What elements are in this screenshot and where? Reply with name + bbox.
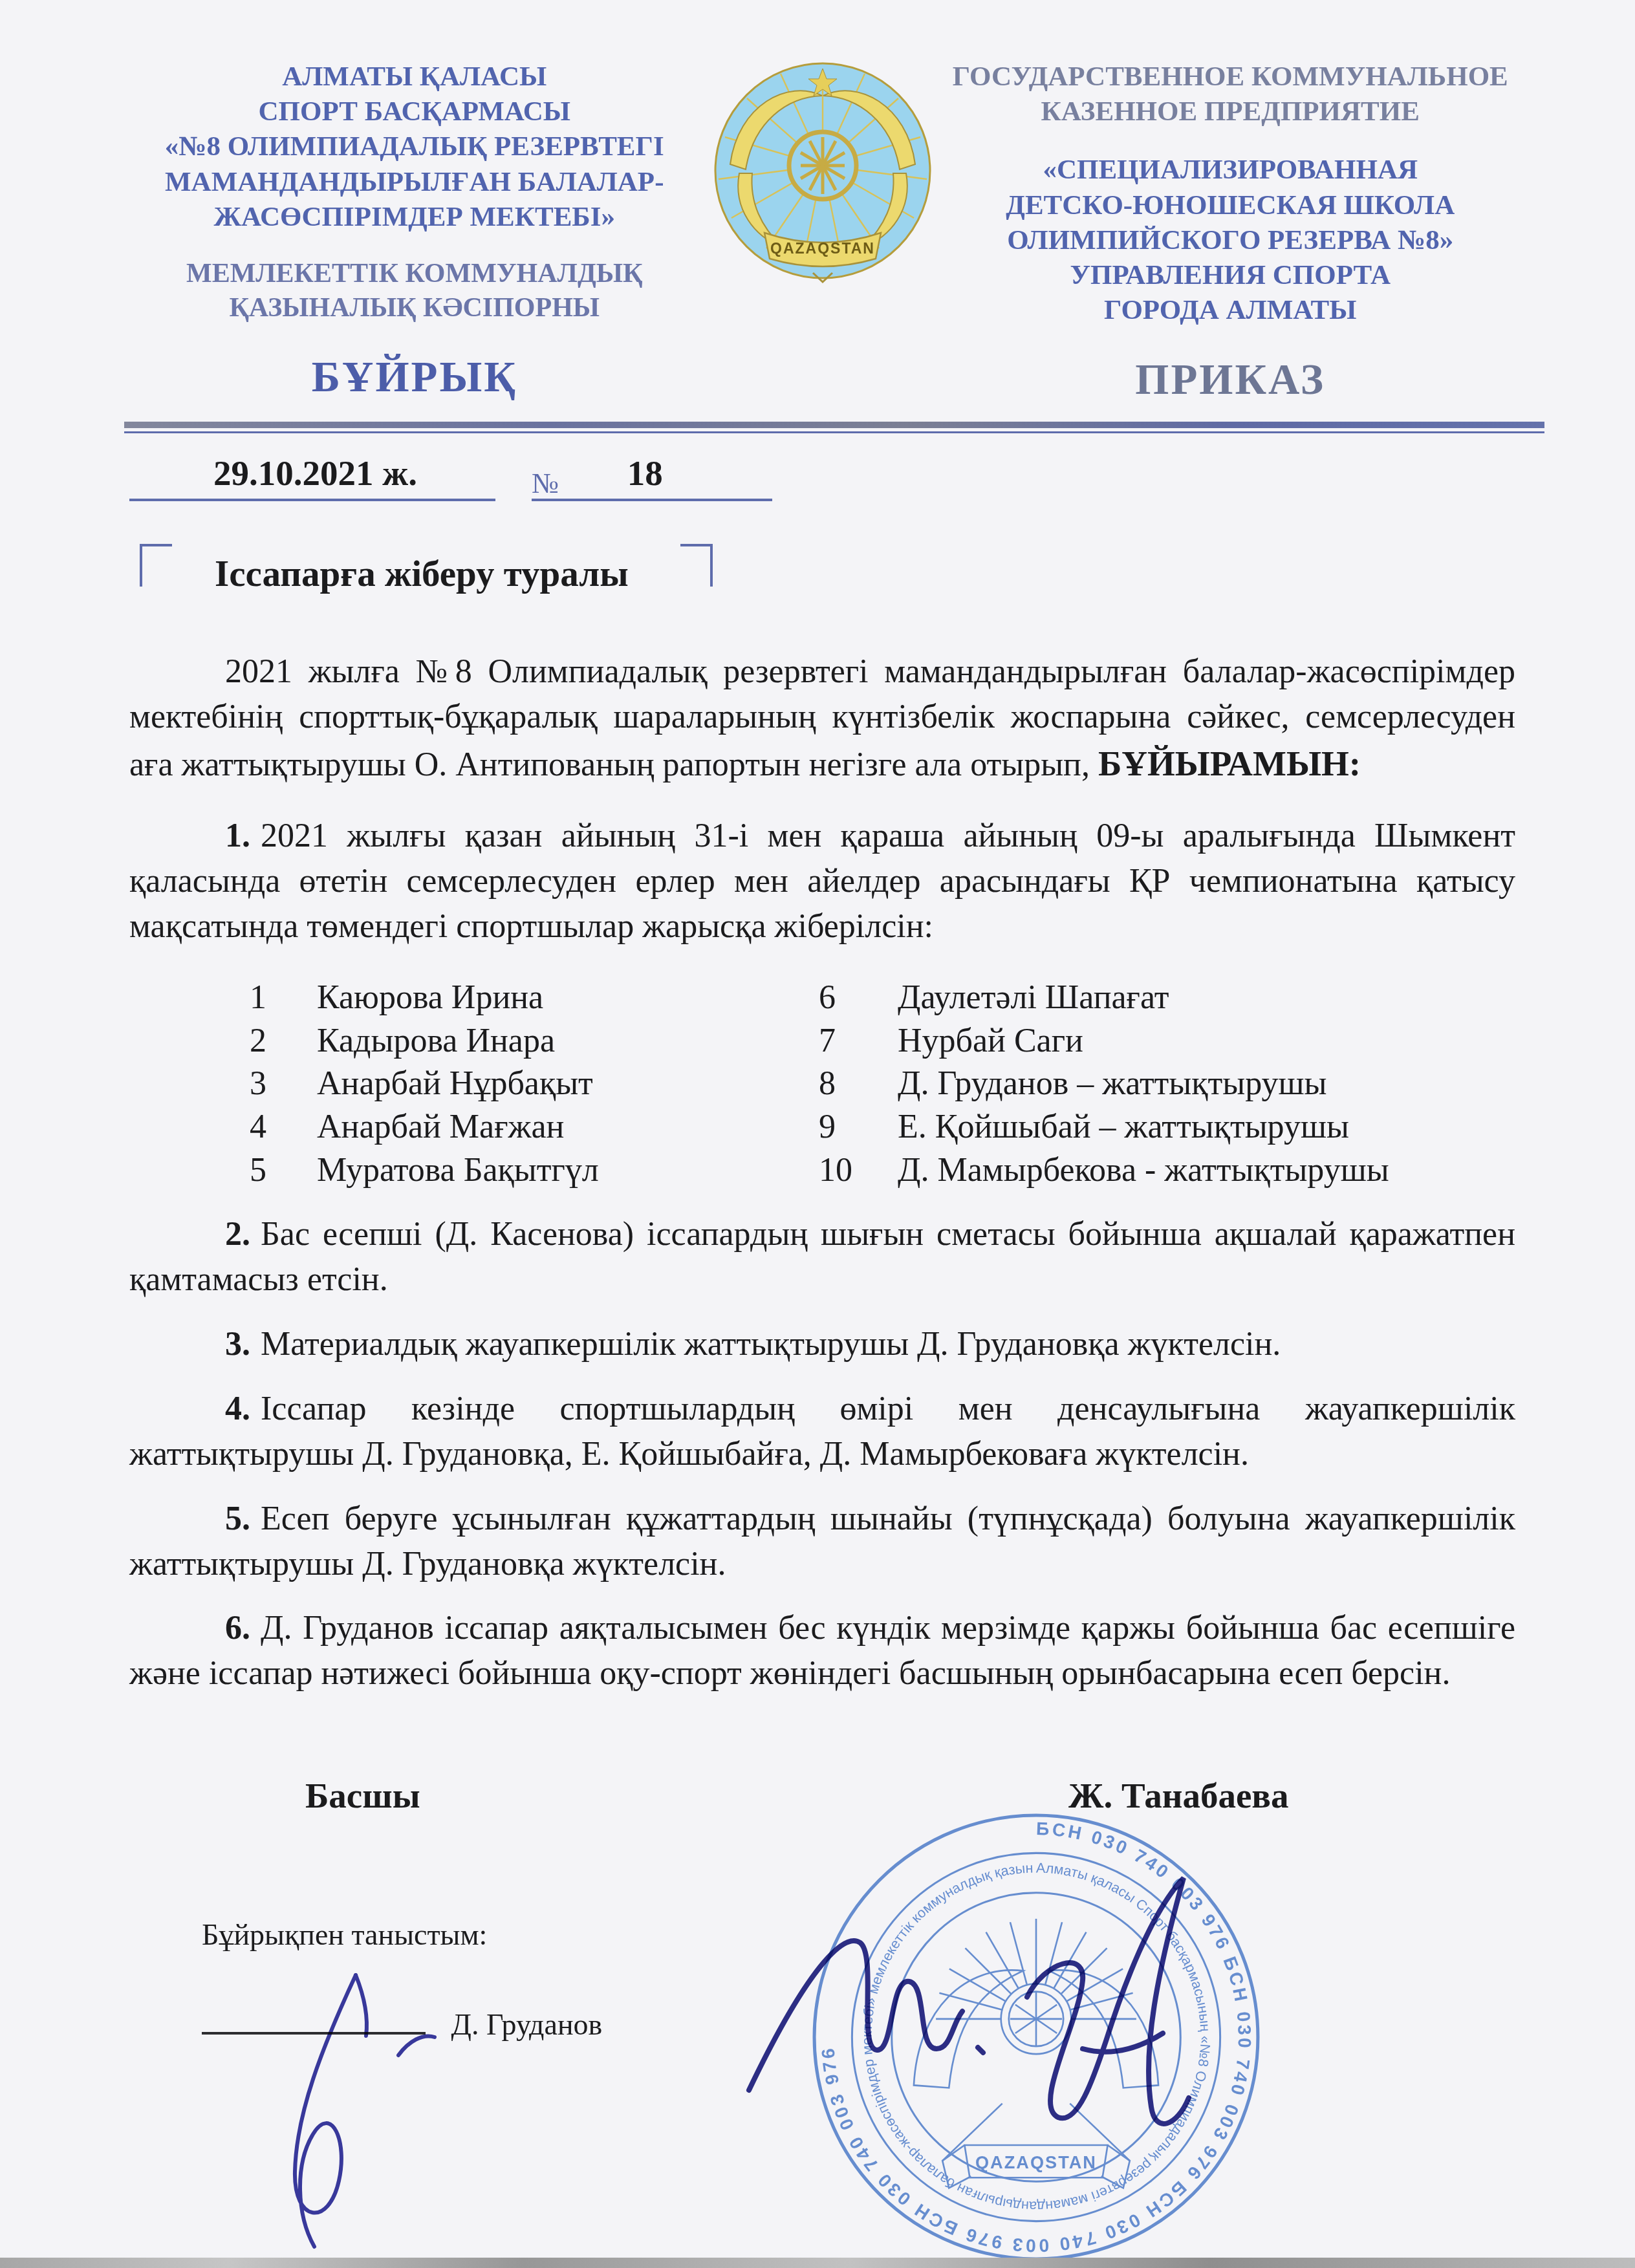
- scan-edge-artifact: [0, 2258, 1635, 2268]
- directive-number: 2.: [225, 1216, 250, 1253]
- director-signature-stroke: [723, 1834, 1217, 2186]
- athlete-name: Муратова Бақытгүл: [317, 1149, 819, 1193]
- org-name-line: УПРАВЛЕНИЯ СПОРТА: [946, 258, 1516, 293]
- athlete-number: 2: [250, 1020, 317, 1063]
- letterhead: АЛМАТЫ ҚАЛАСЫ СПОРТ БАСҚАРМАСЫ «№8 ОЛИМП…: [129, 59, 1515, 405]
- org-type-kk: МЕМЛЕКЕТТІК КОММУНАЛДЫҚ ҚАЗЫНАЛЫҚ КӘСІПО…: [129, 257, 700, 325]
- org-name-line: ЖАСӨСПІРІМДЕР МЕКТЕБІ»: [129, 200, 700, 235]
- letterhead-russian-column: ГОСУДАРСТВЕННОЕ КОММУНАЛЬНОЕ КАЗЕННОЕ ПР…: [946, 59, 1516, 405]
- corner-mark-left-icon: [140, 544, 172, 587]
- athlete-name: Д. Груданов – жаттықтырушы: [898, 1063, 1515, 1106]
- order-date: 29.10.2021 ж.: [213, 453, 417, 493]
- directive-paragraph: 1.2021 жылғы қазан айының 31-і мен қараш…: [129, 814, 1515, 949]
- emblem-banner-text: QAZAQSTAN: [770, 240, 875, 257]
- directive-text: Есеп беруге ұсынылған құжаттардың шынайы…: [129, 1500, 1515, 1582]
- athlete-name: Анарбай Мағжан: [317, 1106, 819, 1149]
- divider-thin-line: [124, 431, 1544, 433]
- directive-number: 1.: [225, 817, 250, 854]
- athlete-number: 8: [819, 1063, 898, 1106]
- athlete-number: 7: [819, 1020, 898, 1063]
- order-number-field: № 18: [532, 453, 772, 501]
- directive-text: Материалдық жауапкершілік жаттықтырушы Д…: [261, 1326, 1281, 1363]
- title-row: Іссапарға жіберу туралы: [129, 553, 1515, 595]
- doc-type-ru: ПРИКАЗ: [946, 355, 1516, 405]
- order-date-field: 29.10.2021 ж.: [129, 453, 495, 501]
- directive-number: 4.: [225, 1390, 250, 1427]
- order-title: Іссапарға жіберу туралы: [215, 554, 629, 594]
- directive-text: Іссапар кезінде спортшылардың өмірі мен …: [129, 1390, 1515, 1473]
- directive-text: 2021 жылғы қазан айының 31-і мен қараша …: [129, 817, 1515, 945]
- order-number: 18: [627, 453, 663, 493]
- athlete-number: 6: [819, 977, 898, 1020]
- order-verb: БҰЙЫРАМЫН:: [1098, 744, 1361, 783]
- doc-type-kk: БҰЙРЫҚ: [129, 352, 700, 402]
- athlete-name: Анарбай Нұрбақыт: [317, 1063, 819, 1106]
- org-name-line: «СПЕЦИАЛИЗИРОВАННАЯ: [946, 153, 1516, 188]
- intro-paragraph: 2021 жылға №8 Олимпиадалық резервтегі ма…: [129, 649, 1515, 788]
- athlete-name: Даулетәлі Шапағат: [898, 977, 1515, 1020]
- scanned-order-document: АЛМАТЫ ҚАЛАСЫ СПОРТ БАСҚАРМАСЫ «№8 ОЛИМП…: [0, 0, 1635, 2268]
- trainer-signature-stroke: [193, 1957, 493, 2257]
- athlete-list: 1Каюрова Ирина6Даулетәлі Шапағат 2Кадыро…: [250, 977, 1515, 1193]
- directive-text: Бас есепші (Д. Касенова) іссапардың шығы…: [129, 1216, 1515, 1298]
- letterhead-kazakh-column: АЛМАТЫ ҚАЛАСЫ СПОРТ БАСҚАРМАСЫ «№8 ОЛИМП…: [129, 59, 700, 402]
- athlete-name: Нурбай Саги: [898, 1020, 1515, 1063]
- org-name-line: ГОРОДА АЛМАТЫ: [946, 293, 1516, 328]
- athlete-name: Каюрова Ирина: [317, 977, 819, 1020]
- directive-paragraph: 3.Материалдық жауапкершілік жаттықтырушы…: [129, 1322, 1515, 1367]
- org-name-line: ДЕТСКО-ЮНОШЕСКАЯ ШКОЛА: [946, 188, 1516, 223]
- directive-number: 5.: [225, 1500, 250, 1537]
- athlete-number: 1: [250, 977, 317, 1020]
- directive-paragraph: 4.Іссапар кезінде спортшылардың өмірі ме…: [129, 1387, 1515, 1477]
- org-name-line: СПОРТ БАСҚАРМАСЫ: [129, 94, 700, 129]
- athlete-number: 4: [250, 1106, 317, 1149]
- divider-thick-line: [124, 422, 1544, 428]
- athlete-name: Д. Мамырбекова - жаттықтырушы: [898, 1149, 1515, 1193]
- order-meta-row: 29.10.2021 ж. № 18: [129, 453, 1515, 501]
- org-type-line: МЕМЛЕКЕТТІК КОММУНАЛДЫҚ: [129, 257, 700, 291]
- org-name-line: МАМАНДАНДЫРЫЛҒАН БАЛАЛАР-: [129, 165, 700, 200]
- org-name-line: АЛМАТЫ ҚАЛАСЫ: [129, 59, 700, 94]
- corner-mark-right-icon: [680, 544, 713, 587]
- org-name-line: «№8 ОЛИМПИАДАЛЫҚ РЕЗЕРВТЕГІ: [129, 129, 700, 164]
- org-type-ru: ГОСУДАРСТВЕННОЕ КОММУНАЛЬНОЕ КАЗЕННОЕ ПР…: [946, 59, 1516, 129]
- athlete-number: 9: [819, 1106, 898, 1149]
- directive-text: Д. Груданов іссапар аяқталысымен бес күн…: [129, 1610, 1515, 1692]
- org-type-line: КАЗЕННОЕ ПРЕДПРИЯТИЕ: [946, 94, 1516, 129]
- org-type-line: ГОСУДАРСТВЕННОЕ КОММУНАЛЬНОЕ: [946, 59, 1516, 94]
- athlete-number: 3: [250, 1063, 317, 1106]
- directive-paragraph: 5.Есеп беруге ұсынылған құжаттардың шына…: [129, 1496, 1515, 1587]
- athlete-number: 10: [819, 1149, 898, 1193]
- athlete-name: Е. Қойшыбай – жаттықтырушы: [898, 1106, 1515, 1149]
- org-name-line: ОЛИМПИЙСКОГО РЕЗЕРВА №8»: [946, 223, 1516, 258]
- header-divider: [124, 422, 1544, 433]
- athlete-name: Кадырова Инара: [317, 1020, 819, 1063]
- directive-paragraph: 6.Д. Груданов іссапар аяқталысымен бес к…: [129, 1606, 1515, 1696]
- org-name-kk: АЛМАТЫ ҚАЛАСЫ СПОРТ БАСҚАРМАСЫ «№8 ОЛИМП…: [129, 59, 700, 235]
- emblem-column: QAZAQSTAN: [700, 59, 946, 286]
- directive-number: 3.: [225, 1326, 250, 1363]
- directive-paragraph: 2.Бас есепші (Д. Касенова) іссапардың шы…: [129, 1212, 1515, 1302]
- athlete-number: 5: [250, 1149, 317, 1193]
- kazakhstan-state-emblem-icon: QAZAQSTAN: [709, 59, 936, 286]
- number-sign: №: [532, 467, 559, 500]
- signer-position: Басшы: [305, 1775, 420, 1816]
- directive-number: 6.: [225, 1610, 250, 1647]
- org-type-line: ҚАЗЫНАЛЫҚ КӘСІПОРНЫ: [129, 291, 700, 325]
- org-name-ru: «СПЕЦИАЛИЗИРОВАННАЯ ДЕТСКО-ЮНОШЕСКАЯ ШКО…: [946, 153, 1516, 328]
